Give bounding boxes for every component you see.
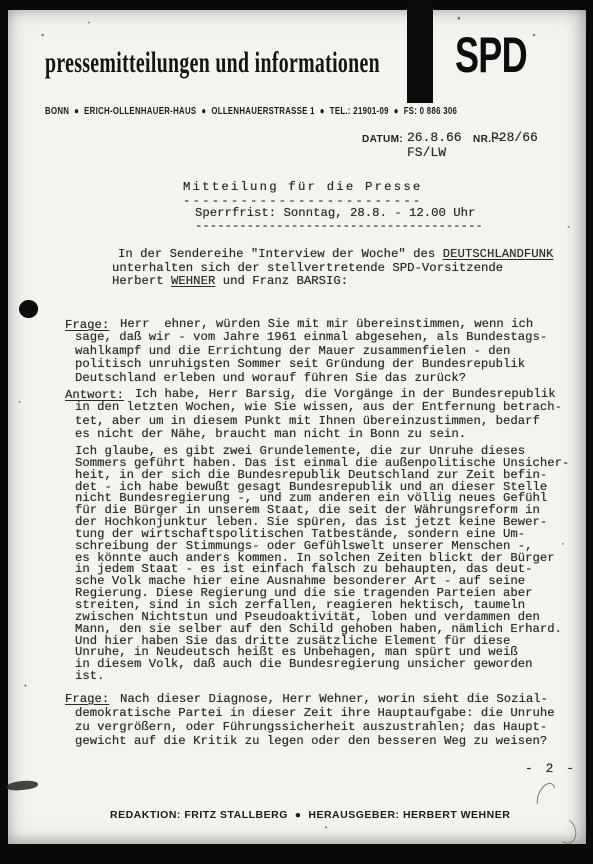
intro-paragraph: In der Sendereihe "Interview der Woche" … — [112, 248, 553, 289]
question-label: Frage: — [65, 318, 109, 332]
ink-smudge — [6, 779, 39, 792]
qa-block-question-1: Frage: Herr ehner, würden Sie mit mir üb… — [65, 318, 547, 385]
punch-hole-mark — [18, 299, 39, 319]
answer-text: Ich habe, Herr Barsig, die Vorgänge in d… — [75, 388, 562, 442]
qa-block-answer-1-continued: Ich glaube, es gibt zwei Grundelemente, … — [65, 446, 569, 683]
pen-mark — [533, 780, 559, 812]
radio-station-name: DEUTSCHLANDFUNK — [443, 247, 554, 261]
ref-code: FS/LW — [407, 146, 446, 159]
datum-label: DATUM: — [362, 134, 403, 145]
nr-value: P̶28/66 — [491, 131, 538, 144]
page-number: - 2 - — [525, 761, 577, 776]
intro-text: und Franz BARSIG: — [215, 274, 348, 288]
speaker-name: WEHNER — [171, 274, 215, 288]
spd-logo: SPD — [455, 30, 527, 80]
address-line: BONN ● ERICH-OLLENHAUER-HAUS ● OLLENHAUE… — [45, 106, 457, 117]
question-text: Nach dieser Diagnose, Herr Wehner, worin… — [75, 692, 555, 748]
scanned-document-canvas: pressemitteilungen und informationen SPD… — [0, 0, 593, 864]
answer-text-continued: Ich glaube, es gibt zwei Grundelemente, … — [75, 446, 569, 683]
footer-line: REDAKTION: FRITZ STALLBERG ● HERAUSGEBER… — [110, 809, 510, 821]
question-label: Frage: — [65, 692, 109, 706]
embargo-line: Sperrfrist: Sonntag, 28.8. - 12.00 Uhr--… — [195, 207, 483, 233]
document-page: pressemitteilungen und informationen SPD… — [8, 10, 586, 844]
letterhead-divider-bar — [407, 0, 433, 103]
press-release-heading: Mitteilung für die Presse---------------… — [183, 181, 422, 208]
intro-text: In der Sendereihe "Interview der Woche" … — [118, 247, 443, 261]
qa-block-question-2: Frage: Nach dieser Diagnose, Herr Wehner… — [65, 692, 555, 748]
datum-value: 26.8.66 — [407, 131, 462, 144]
qa-block-answer-1: Antwort: Ich habe, Herr Barsig, die Vorg… — [65, 388, 562, 442]
answer-label: Antwort: — [65, 388, 124, 402]
letterhead-title: pressemitteilungen und informationen — [45, 46, 380, 80]
embargo-underline: --------------------------------------- — [195, 219, 483, 233]
question-text: Herr ehner, würden Sie mit mir übereinst… — [75, 318, 547, 385]
pen-mark — [552, 816, 579, 847]
press-release-heading-text: Mitteilung für die Presse — [183, 180, 422, 194]
